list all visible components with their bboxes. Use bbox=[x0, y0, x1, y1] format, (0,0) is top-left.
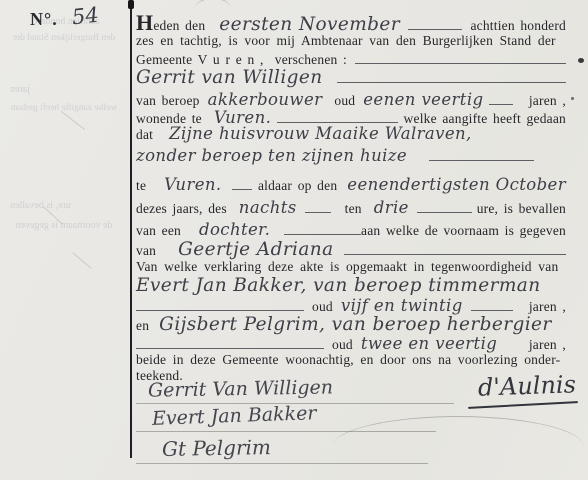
handwritten-date: eersten November bbox=[219, 14, 400, 35]
handwritten-occupation: akkerbouwer bbox=[208, 90, 323, 109]
margin-divider-line bbox=[130, 0, 132, 458]
ink-speck bbox=[578, 58, 584, 63]
handwritten-daypart: nachts bbox=[239, 198, 297, 217]
pencil-flourish bbox=[332, 416, 584, 447]
birth-certificate-page: N°. 54 achttien honderd den Burgerlijken… bbox=[0, 0, 588, 480]
form-line-year: zes en tachtig, is voor mij Ambtenaar va… bbox=[136, 33, 566, 49]
form-line-birthplace-date: te Vuren. aldaar op den eenendertigsten … bbox=[136, 175, 566, 194]
form-line-mother-occupation: zonder beroep ten zijnen huize bbox=[136, 146, 566, 165]
handwritten-name: Gerrit van Willigen bbox=[136, 67, 323, 88]
handwritten-age: eenen veertig bbox=[363, 90, 483, 109]
bleedthrough-text: jaren bbox=[10, 84, 30, 95]
printed-text: jaren , bbox=[529, 93, 566, 109]
blank-rule bbox=[232, 186, 252, 190]
form-line-occupation-age: van beroep akkerbouwer oud eenen veertig… bbox=[136, 90, 566, 109]
bleedthrough-text: den Burgerlijken Stand der bbox=[0, 33, 128, 43]
ink-flourish bbox=[196, 0, 230, 7]
signature-rule bbox=[136, 463, 428, 464]
printed-text: achttien honderd bbox=[470, 18, 566, 34]
blank-rule bbox=[284, 231, 361, 235]
form-line-child-sex: van een dochter. aan welke de voornaam i… bbox=[136, 220, 566, 239]
registrar-underline bbox=[468, 401, 578, 409]
printed-text: ure, is bevallen bbox=[477, 201, 566, 217]
margin-column: N°. 54 achttien honderd den Burgerlijken… bbox=[0, 0, 130, 480]
printed-text: jaren , bbox=[529, 299, 566, 315]
printed-text: van beroep bbox=[136, 93, 200, 109]
scratch-mark bbox=[61, 111, 85, 130]
handwritten-witness1: Evert Jan Bakker, van beroep timmerman bbox=[136, 275, 541, 296]
form-line-birth-time: dezes jaars, des nachts ten drie ure, is… bbox=[136, 198, 566, 217]
blank-rule bbox=[489, 101, 513, 105]
printed-text: van een bbox=[136, 223, 181, 239]
printed-text: te bbox=[136, 178, 146, 194]
handwritten-birthdate: eenendertigsten October bbox=[347, 175, 566, 194]
form-line-child-name: van Geertje Adriana bbox=[136, 239, 566, 260]
ink-speck bbox=[571, 97, 574, 100]
handwritten-age: vijf en twintig bbox=[341, 296, 463, 315]
printed-text: aan welke de voornaam is gegeven bbox=[361, 223, 566, 239]
blank-rule bbox=[417, 209, 472, 213]
bleedthrough-text: ure, is bevallen bbox=[10, 200, 71, 211]
signature-registrar: d'Aulnis bbox=[478, 370, 577, 401]
handwritten-mother-name: Zijne huisvrouw Maaike Walraven, bbox=[169, 124, 472, 143]
bleedthrough-text: welke aangifte heeft gedaan bbox=[0, 103, 128, 113]
form-line-witness1: Evert Jan Bakker, van beroep timmerman bbox=[136, 275, 566, 296]
blank-rule bbox=[344, 251, 566, 255]
form-line-witness2-age: oud twee en veertig jaren , bbox=[136, 334, 566, 353]
blank-rule bbox=[408, 26, 462, 30]
blank-rule bbox=[136, 307, 304, 311]
printed-text: jaren , bbox=[529, 337, 566, 353]
form-line-declarant-name: Gerrit van Willigen bbox=[136, 67, 566, 88]
bleedthrough-text: de voornaam is gegeven bbox=[0, 220, 128, 231]
handwritten-child-sex: dochter. bbox=[199, 220, 270, 239]
blank-rule bbox=[337, 79, 566, 83]
printed-text: en bbox=[136, 318, 149, 334]
blank-rule bbox=[355, 60, 566, 64]
handwritten-hour: drie bbox=[374, 198, 409, 217]
handwritten-place: Vuren. bbox=[164, 175, 221, 194]
handwritten-child-name: Geertje Adriana bbox=[178, 239, 333, 260]
blank-rule bbox=[471, 307, 513, 311]
printed-text: ten bbox=[345, 201, 362, 217]
signature-declarant: Gerrit Van Willigen bbox=[148, 376, 333, 401]
signature-witness2: Gt Pelgrim bbox=[162, 435, 271, 461]
handwritten-witness2: Gijsbert Pelgrim, van beroep herbergier bbox=[159, 314, 551, 335]
printed-text: aldaar op den bbox=[258, 178, 337, 194]
form-line-mother: dat Zijne huisvrouw Maaike Walraven, bbox=[136, 124, 566, 143]
blank-rule bbox=[305, 209, 331, 213]
signature-witness1: Evert Jan Bakker bbox=[152, 402, 317, 430]
form-line-witness-intro: Van welke verklaring deze akte is opgema… bbox=[136, 259, 566, 275]
printed-text: oud bbox=[334, 93, 355, 109]
printed-text: zes en tachtig, is voor mij Ambtenaar va… bbox=[136, 33, 556, 49]
blank-rule bbox=[429, 157, 534, 161]
blank-rule bbox=[277, 119, 397, 123]
bleedthrough-text: achttien honderd bbox=[6, 16, 126, 27]
printed-text: Gemeente V u r e n , verschenen : bbox=[136, 52, 347, 68]
printed-text: van bbox=[136, 243, 156, 259]
blank-rule bbox=[136, 345, 324, 349]
printed-text: beide in deze Gemeente woonachtig, en do… bbox=[136, 352, 560, 368]
form-line-witness1-age: oud vijf en twintig jaren , bbox=[136, 296, 566, 315]
handwritten-age: twee en veertig bbox=[361, 334, 497, 353]
printed-text: Van welke verklaring deze akte is opgema… bbox=[136, 259, 558, 275]
form-line-closing: beide in deze Gemeente woonachtig, en do… bbox=[136, 352, 566, 368]
scratch-mark bbox=[72, 252, 91, 268]
printed-text: oud bbox=[332, 337, 353, 353]
printed-text: oud bbox=[312, 299, 333, 315]
form-line-gemeente: Gemeente V u r e n , verschenen : bbox=[136, 52, 566, 68]
form-line-witness2: en Gijsbert Pelgrim, van beroep herbergi… bbox=[136, 314, 566, 335]
printed-text: dat bbox=[136, 127, 153, 143]
handwritten-text: zonder beroep ten zijnen huize bbox=[136, 146, 407, 165]
printed-text: dezes jaars, des bbox=[136, 201, 227, 217]
